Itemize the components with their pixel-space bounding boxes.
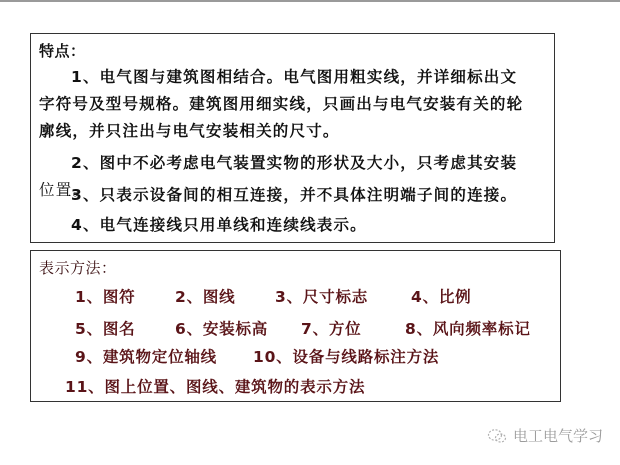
methods-title: 表示方法： — [39, 257, 117, 278]
feature-item-1-line-2: 字符号及型号规格。建筑图用细实线，只画出与电气安装有关的轮 — [39, 91, 546, 118]
method-item-1: 1、图符 — [75, 285, 136, 307]
feature-item-2-line-1: 2、图中不必考虑电气装置实物的形状及大小，只考虑其安装 — [39, 150, 546, 177]
method-item-6: 6、安装标高 — [175, 317, 268, 339]
features-title: 特点： — [39, 40, 86, 61]
methods-box: 表示方法： 1、图符 2、图线 3、尺寸标志 4、比例 5、图名 6、安装标高 … — [30, 250, 561, 402]
feature-item-3: 3、只表示设备间的相互连接，并不具体注明端子间的连接。 — [39, 182, 546, 209]
method-item-11: 11、图上位置、图线、建筑物的表示方法 — [65, 375, 365, 397]
feature-item-1-line-1: 1、电气图与建筑图相结合。电气图用粗实线，并详细标出文 — [39, 64, 546, 91]
feature-item-1-line-3: 廓线，并只注出与电气安装相关的尺寸。 — [39, 118, 546, 145]
method-item-8: 8、风向频率标记 — [405, 317, 531, 339]
top-border-line — [0, 0, 620, 2]
method-item-2: 2、图线 — [175, 285, 236, 307]
method-item-9: 9、建筑物定位轴线 — [75, 345, 217, 367]
method-item-10: 10、设备与线路标注方法 — [253, 345, 439, 367]
method-item-5: 5、图名 — [75, 317, 136, 339]
features-box: 特点： 1、电气图与建筑图相结合。电气图用粗实线，并详细标出文 字符号及型号规格… — [30, 33, 555, 243]
wechat-icon — [487, 428, 507, 444]
method-item-4: 4、比例 — [411, 285, 472, 307]
feature-item-4-line-1: 4、电气连接线只用单线和连续线表示。 — [39, 212, 546, 239]
feature-item-3-line-1: 3、只表示设备间的相互连接，并不具体注明端子间的连接。 — [39, 182, 546, 209]
watermark: 电工电气学习 — [487, 425, 603, 446]
watermark-text: 电工电气学习 — [513, 425, 603, 446]
method-item-3: 3、尺寸标志 — [275, 285, 368, 307]
feature-item-1: 1、电气图与建筑图相结合。电气图用粗实线，并详细标出文 字符号及型号规格。建筑图… — [39, 64, 546, 145]
method-item-7: 7、方位 — [301, 317, 362, 339]
feature-item-4: 4、电气连接线只用单线和连续线表示。 — [39, 212, 546, 239]
